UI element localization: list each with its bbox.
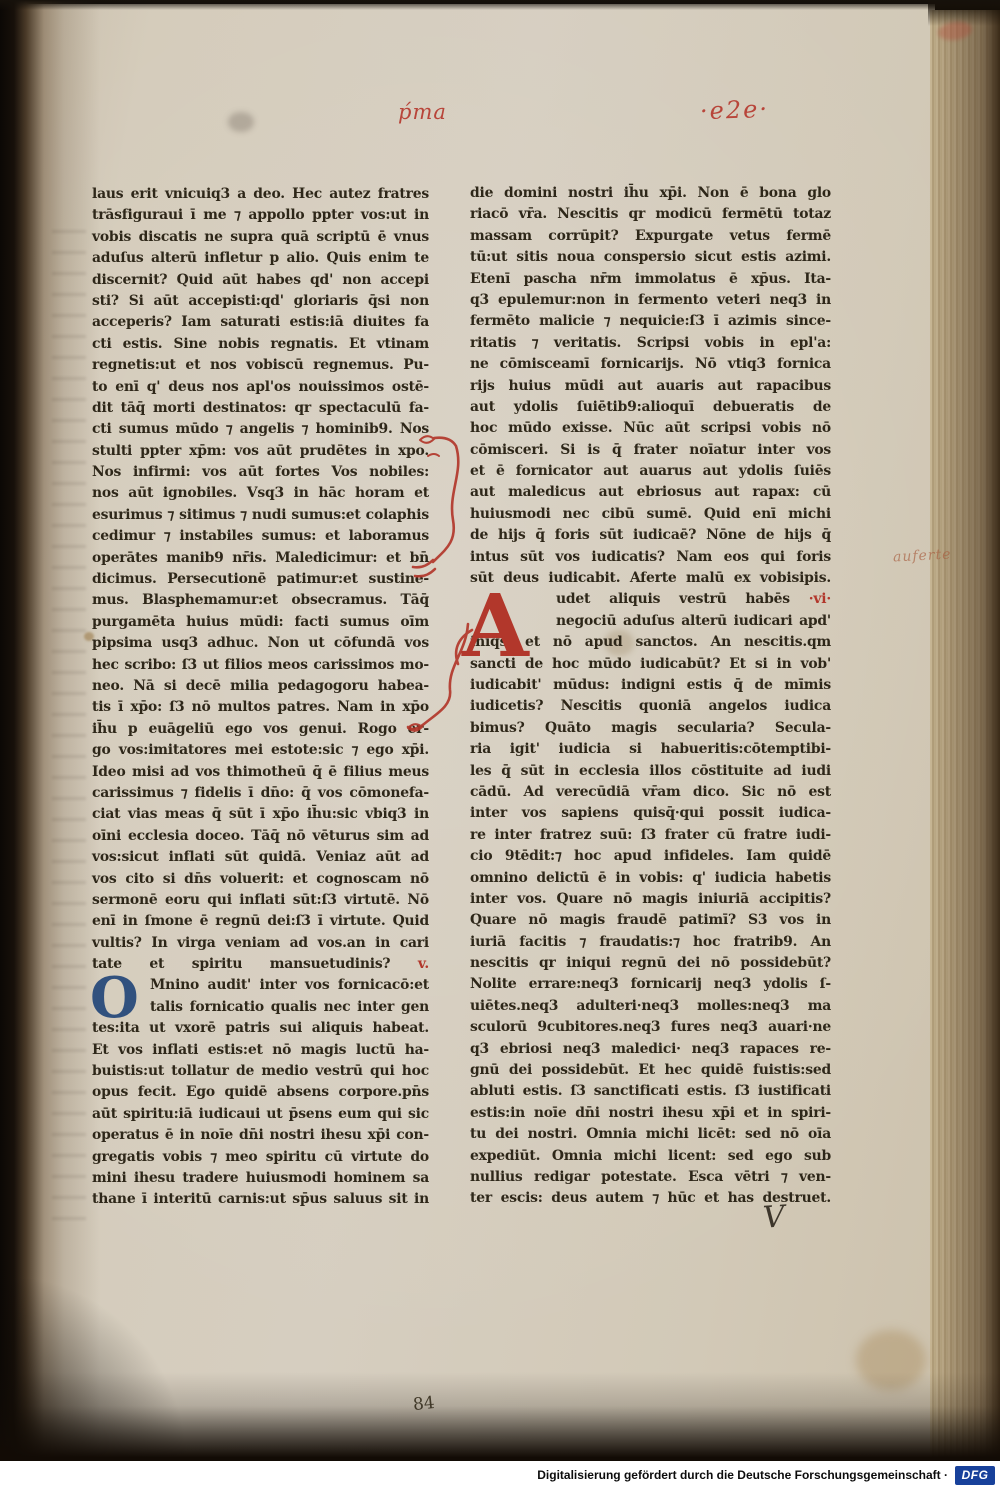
text-line: cādū. Ad verecūdiā vr̄am dico. Sic nō es… bbox=[470, 782, 831, 803]
text-line: intus sūt vos iudicatis? Nam eos qui for… bbox=[470, 547, 831, 568]
digitization-credit-bar: Digitalisierung gefördert durch die Deut… bbox=[0, 1461, 1000, 1489]
text-line: iuriā facitis ⁊ fraudatis:⁊ hoc fratrib9… bbox=[470, 932, 831, 953]
text-line: Ideo misi ad vos thimotheū q̄ ē filius m… bbox=[92, 762, 429, 783]
text-line: tis ī xp̄o: ſ3 nō multos patres. Nam in … bbox=[92, 697, 429, 718]
text-line: mus. Blasphemamur:et obsecramus. Tāq̄ bbox=[92, 590, 429, 611]
text-line: estis:in noīe dn̄i nostri ihesu xp̄i et … bbox=[470, 1103, 831, 1124]
text-line: cedimur ⁊ instabiles sumus: et laboramus bbox=[92, 526, 429, 547]
text-line: opus fecit. Ego quidē absens corpore.pn̄… bbox=[92, 1082, 429, 1103]
text-line: purgamēta huius mūdi: facti sumus oīm bbox=[92, 612, 429, 633]
text-line: cōmisceri. Si is q̄ frater noīatur inter… bbox=[470, 440, 831, 461]
text-line: cio 9tēdit:⁊ hoc apud infideles. Iam qui… bbox=[470, 846, 831, 867]
folio-number-mark: ·e2e· bbox=[700, 95, 770, 125]
text-line: sculorū 9cubitores.neq3 fures neq3 auari… bbox=[470, 1017, 831, 1038]
text-line: acceperis? Iam saturati estis:iā diuites… bbox=[92, 312, 429, 333]
text-line: carissimus ⁊ fidelis ī dn̄o: q̄ vos cōmo… bbox=[92, 783, 429, 804]
text-line: Nolite errare:neq3 fornicarij neq3 ydoli… bbox=[470, 974, 831, 995]
text-line: Etenī pascha nr̄m immolatus ē xp̄us. Ita… bbox=[470, 269, 831, 290]
text-line: sermonē eoru qui inflati sūt:ſ3 virtutē.… bbox=[92, 890, 429, 911]
text-line: riacō vr̄a. Nescitis qr modicū fermētū t… bbox=[470, 204, 831, 225]
text-line: re inter fratrez suū: ſ3 frater cū fratr… bbox=[470, 825, 831, 846]
text-line: omnino delictū ē in vobis: q' iudicia ha… bbox=[470, 868, 831, 889]
text-line: fermēto malicie ⁊ nequicie:ſ3 ī azimis s… bbox=[470, 311, 831, 332]
text-line: inter vos. Quare nō magis iniuriā accipi… bbox=[470, 889, 831, 910]
text-line: Mnino audit' inter vos fornicacō:et bbox=[92, 975, 429, 996]
running-title: ṕma bbox=[398, 100, 447, 124]
text-line: aūt spiritu:iā iudicaui ut p̄sens eum qu… bbox=[92, 1104, 429, 1125]
text-line: vos:sicut inflati sūt quidā. Veniaz aūt … bbox=[92, 847, 429, 868]
text-line: cti estis. Sine nobis regnatis. Et vtina… bbox=[92, 334, 429, 355]
text-line: ne cōmisceamī fornicarijs. Nō vtiq3 forn… bbox=[470, 354, 831, 375]
text-line: ih̄u p euāgeliū ego vos genui. Rogo er- bbox=[92, 719, 429, 740]
text-line: esurimus ⁊ sitimus ⁊ nudi sumus:et colap… bbox=[92, 505, 429, 526]
text-line: aut ydolis ſuiētib9:alioquī debueratis d… bbox=[470, 397, 831, 418]
text-line: discernit? Quid aūt habes qd' non accepi bbox=[92, 270, 429, 291]
text-line: dicimus. Persecutionē patimur:et sustine… bbox=[92, 569, 429, 590]
text-line: vultis? In virga veniam ad vos.an in car… bbox=[92, 933, 429, 954]
text-line: q3 epulemur:non in fermento veteri neq3 … bbox=[470, 290, 831, 311]
text-line: bimus? Quāto magis secularia? Secula- bbox=[470, 718, 831, 739]
page-stack-fore-edge bbox=[930, 10, 1000, 1462]
chapter-initial: O bbox=[90, 970, 139, 1026]
top-edge-shadow bbox=[0, 0, 1000, 10]
text-line: gnū dei possidebūt. Et hec quidē fuistis… bbox=[470, 1060, 831, 1081]
text-line: les q̄ sūt in ecclesia illos cōstituite … bbox=[470, 761, 831, 782]
text-line: operatus ē in noīe dn̄i nostri ihesu xp̄… bbox=[92, 1125, 429, 1146]
text-line: de hijs q̄ foris sūt iudicaē? Nōne de hi… bbox=[470, 525, 831, 546]
text-line: Et vos inflati estis:et nō magis luctū h… bbox=[92, 1040, 429, 1061]
text-line: trāsfiguraui ī me ⁊ appollo ppter vos:ut… bbox=[92, 205, 429, 226]
chapter-numeral-rubric: ·vi· bbox=[809, 591, 831, 607]
text-line: aduſus alterū infletur p alio. Quis enim… bbox=[92, 248, 429, 269]
text-line: iudicetis? Nescitis quoniā angelos iudic… bbox=[470, 696, 831, 717]
text-line: abluti estis. ſ3 sanctificati estis. ſ3 … bbox=[470, 1081, 831, 1102]
dfg-logo: DFG bbox=[955, 1466, 995, 1485]
text-line: Nos infirmi: vos aūt fortes Vos nobiles: bbox=[92, 462, 429, 483]
text-line: tate et spiritu mansuetudinis? v. bbox=[92, 954, 429, 975]
text-line: aut maledicus aut ebriosus aut rapax: cū bbox=[470, 482, 831, 503]
text-line: vos cito si dn̄s voluerit: et cognoscam … bbox=[92, 869, 429, 890]
text-line: iudicabit' mūdus: indigni estis q̄ de mī… bbox=[470, 675, 831, 696]
text-line: talis fornicatio qualis nec inter gen bbox=[92, 997, 429, 1018]
text-line: thane ī interitū carnis:ut sp̄us saluus … bbox=[92, 1189, 429, 1210]
text-line: tes:ita ut vxorē patris sui aliquis habe… bbox=[92, 1018, 429, 1039]
text-line: ria igit' iudicia si habueritis:cōtempti… bbox=[470, 739, 831, 760]
text-line: oīni ecclesia doceo. Tāq̄ nō vēturus sim… bbox=[92, 826, 429, 847]
text-line: to enī q' deus nos apl'os nouissimos ost… bbox=[92, 377, 429, 398]
text-line: cti sumus mūdo ⁊ angelis ⁊ hominib9. Nos bbox=[92, 419, 429, 440]
text-line: hec scribo: ſ3 ut filios meos carissimos… bbox=[92, 655, 429, 676]
manuscript-scan: ṕma ·e2e· laus erit vnicuiq3 a deo. Hec … bbox=[0, 0, 1000, 1489]
red-gutter-flourish bbox=[398, 428, 490, 768]
text-line: q3 ebriosi neq3 maledici· neq3 rapaces r… bbox=[470, 1039, 831, 1060]
text-line: expediūt. Omnia michi licent: sed ego su… bbox=[470, 1146, 831, 1167]
text-line: operātes manib9 nr̄is. Maledicimur: et b… bbox=[92, 548, 429, 569]
credit-text: Digitalisierung gefördert durch die Deut… bbox=[537, 1468, 948, 1482]
text-line: rijs huius mūdi aut auaris aut rapacibus bbox=[470, 376, 831, 397]
text-line: uiētes.neq3 adulteri·neq3 molles:neq3 ma bbox=[470, 996, 831, 1017]
text-line: stulti ppter xp̄m: vos aūt prudētes in x… bbox=[92, 441, 429, 462]
text-line: inter vos sapiens quisq̄·qui possit iudi… bbox=[470, 803, 831, 824]
text-line: die domini nostri ih̄u xp̄i. Non ē bona … bbox=[470, 183, 831, 204]
text-line: tū:ut sitis noua conspersio sicut estis … bbox=[470, 247, 831, 268]
chapter-numeral-rubric: v. bbox=[418, 956, 429, 972]
parchment-stain bbox=[228, 112, 254, 132]
text-line: ciat vias meas q̄ sūt ī xp̄o ih̄u:sic vb… bbox=[92, 804, 429, 825]
text-line: sti? Si aūt accepisti:qd' gloriaris q̄si… bbox=[92, 291, 429, 312]
text-line: go vos:imitatores mei estote:sic ⁊ ego x… bbox=[92, 740, 429, 761]
text-line: regnetis:ut et nos vobiscū regnemus. Pu- bbox=[92, 355, 429, 376]
marginal-note: auferte bbox=[893, 546, 952, 565]
text-line: buistis:ut tollatur de medio vestrū qui … bbox=[92, 1061, 429, 1082]
text-column-right: die domini nostri ih̄u xp̄i. Non ē bona … bbox=[470, 183, 831, 1210]
text-line: huiusmodi nec cibū sumē. Quid enī michi bbox=[470, 504, 831, 525]
text-line: hoc mūdo exisse. Nūc aūt scripsi vobis n… bbox=[470, 418, 831, 439]
text-column-left: laus erit vnicuiq3 a deo. Hec autez frat… bbox=[92, 184, 429, 1211]
text-line: nescitis qr iniqui regnū dei nō possideb… bbox=[470, 953, 831, 974]
text-line: et ē fornicator aut auarus aut ydolis ſu… bbox=[470, 461, 831, 482]
text-line: vobis discatis ne supra quā scriptū ē vn… bbox=[92, 227, 429, 248]
text-line: pipsima usq3 adhuc. Non ut cōfundā vos bbox=[92, 633, 429, 654]
text-line: enī in ſmone ē regnū dei:ſ3 ī virtute. Q… bbox=[92, 911, 429, 932]
text-line: Quare nō magis fraudē patimī? S3 vos in bbox=[470, 910, 831, 931]
text-line: tu dei nostri. Omnia michi licēt: sed nō… bbox=[470, 1124, 831, 1145]
bottom-edge-shadow bbox=[0, 1372, 1000, 1461]
text-line: ritatis ⁊ veritatis. Scripsi vobis in ep… bbox=[470, 333, 831, 354]
text-line: nullius redigar potestate. Esca vētri ⁊ … bbox=[470, 1167, 831, 1188]
ink-bleed-through bbox=[52, 230, 86, 1230]
text-line: nos aūt ignobiles. Vsq3 in hāc horam et bbox=[92, 483, 429, 504]
text-line: massam corrūpit? Expurgate vetus fermē bbox=[470, 226, 831, 247]
text-line: laus erit vnicuiq3 a deo. Hec autez frat… bbox=[92, 184, 429, 205]
text-line: mini ihesu tradere huiusmodi hominem sa bbox=[92, 1168, 429, 1189]
text-line: gregatis vobis ⁊ meo spiritu cū virtute … bbox=[92, 1147, 429, 1168]
handwritten-v-mark: V bbox=[762, 1199, 786, 1235]
text-line: neo. Nā si decē milia pedagogoru habea- bbox=[92, 676, 429, 697]
text-line: dit tāq̄ morti destinatos: qr spectaculū… bbox=[92, 398, 429, 419]
